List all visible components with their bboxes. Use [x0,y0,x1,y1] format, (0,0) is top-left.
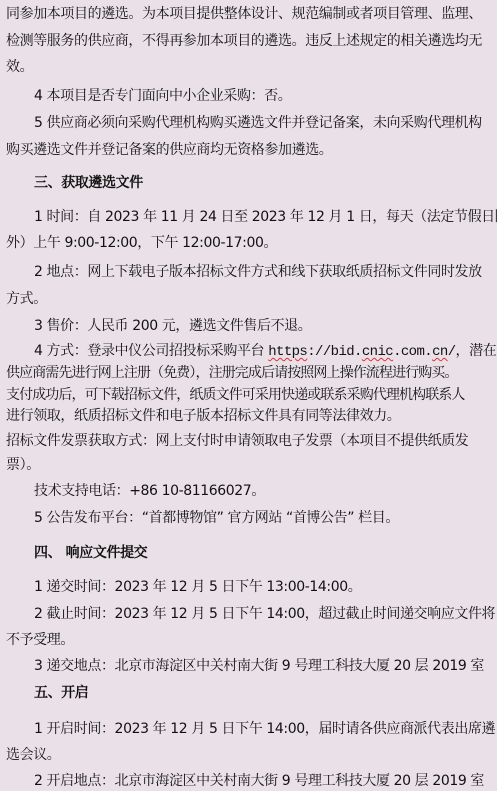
intro-line-1: 同参加本项目的遴选。为本项目提供整体设计、规范编制或者项目管理、监理、 [6,4,482,24]
s3-item-2-line-2: 方式。 [6,289,47,309]
item-5-line-1: 5 供应商必须向采购代理机构购买遴选文件并登记备案，未向采购代理机构 [34,113,482,133]
s4-item-2-line-1: 2 截止时间：2023 年 12 月 5 日下午 14:00，超过截止时间递交响… [34,604,495,624]
s3-item-1-line-1: 1 时间：自 2023 年 11 月 24 日至 2023 年 12 月 1 日… [34,207,497,227]
s3-item-2-line-1: 2 地点：网上下载电子版本招标文件方式和线下获取纸质招标文件同时发放 [34,262,482,282]
s3-item-1-line-2: 外）上午 9:00-12:00，下午 12:00-17:00。 [6,233,277,253]
intro-line-2: 检测等服务的供应商，不得再参加本项目的遴选。违反上述规定的相关遴选均无 [6,31,482,51]
s4-item-2-line-2: 不予受理。 [6,630,74,650]
platform-url-link[interactable]: https://bid.cnic.com.cn/ [268,344,455,360]
section-3-title: 三、获取遴选文件 [34,173,143,193]
support-phone: 技术支持电话：+86 10-81166027。 [34,481,265,501]
s5-item-2-open-location: 2 开启地点：北京市海淀区中关村南大街 9 号理工科技大厦 20 层 2019 … [34,771,484,791]
s3-item-5-platform: 5 公告发布平台：“首都博物馆” 官方网站 “首博公告” 栏目。 [34,508,399,528]
s3-item-4-prefix: 4 方式：登录中仪公司招投标采购平台 [34,343,268,359]
invoice-line-2: 票）。 [6,455,40,475]
section-5-title: 五、开启 [34,683,88,703]
s3-item-4-suffix: ，潜在 [456,343,497,359]
s3-item-4-line-1: 4 方式：登录中仪公司招投标采购平台 https://bid.cnic.com.… [34,341,496,362]
s5-item-1-line-1: 1 开启时间：2023 年 12 月 5 日下午 14:00，届时请各供应商派代… [34,719,495,739]
s3-item-4-line-2: 供应商需先进行网上注册（免费），注册完成后请按照网上操作流程进行购买。 [6,363,458,383]
s4-item-1-submit-time: 1 递交时间：2023 年 12 月 5 日下午 13:00-14:00。 [34,577,361,597]
document-page: 同参加本项目的遴选。为本项目提供整体设计、规范编制或者项目管理、监理、 检测等服… [0,0,497,791]
section-4-title: 四、 响应文件提交 [34,543,147,563]
s3-item-4-line-3: 支付成功后，可下载招标文件，纸质文件可采用快递或联系采购代理机构联系人 [6,385,465,405]
item-5-line-2: 购买遴选文件并登记备案的供应商均无资格参加遴选。 [6,140,332,160]
item-4-sme: 4 本项目是否专门面向中小企业采购：否。 [34,86,291,106]
invoice-line-1: 招标文件发票获取方式：网上支付时申请领取电子发票（本项目不提供纸质发 [6,431,468,451]
intro-line-3: 效。 [6,57,33,77]
s3-item-3-price: 3 售价：人民币 200 元，遴选文件售后不退。 [34,316,311,336]
s3-item-4-line-4: 进行领取，纸质招标文件和电子版本招标文件具有同等法律效力。 [6,406,400,426]
s5-item-1-line-2: 选会议。 [6,745,60,765]
s4-item-3-submit-location: 3 递交地点：北京市海淀区中关村南大街 9 号理工科技大厦 20 层 2019 … [34,656,484,676]
